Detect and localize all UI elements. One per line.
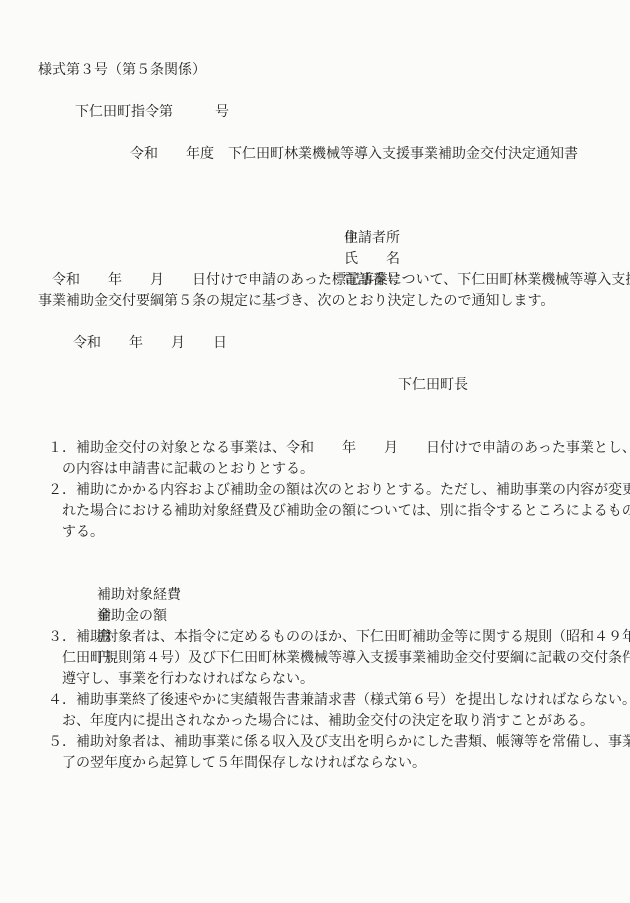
item-5-line-1: ５．補助対象者は、補助事業に係る収入及び支出を明らかにした書類、帳簿等を常備し、…: [38, 732, 592, 753]
item-1-line-2: の内容は申請書に記載のとおりとする。: [38, 459, 592, 480]
subsidy-decision-notice-document: 様式第３号（第５条関係） 下仁田町指令第 号 令和 年度 下仁田町林業機械等導入…: [0, 0, 630, 903]
decision-date-line: 令和 年 月 日: [38, 333, 592, 354]
document-title: 令和 年度 下仁田町林業機械等導入支援事業補助金交付決定通知書: [38, 144, 592, 165]
subsidy-amount-label: 補助金の額: [97, 606, 221, 627]
intro-line-1: 令和 年 月 日付けで申請のあった標記事業について、下仁田町林業機械等導入支援: [38, 270, 592, 291]
applicant-block: 住 所 申請者 氏 名 電話番号: [38, 186, 592, 249]
applicant-address-row: 住 所: [323, 186, 592, 207]
applicant-label: 申請者: [344, 228, 400, 249]
item-3-line-3: 遵守し、事業を行わなければならない。: [38, 669, 592, 690]
item-4-line-1: ４．補助事業終了後速やかに実績報告書兼請求書（様式第６号）を提出しなければならな…: [38, 690, 592, 711]
item-4-line-2: お、年度内に提出されなかった場合には、補助金交付の決定を取り消すことがある。: [38, 711, 592, 732]
mayor-signature-title: 下仁田町長: [38, 375, 592, 396]
item-5-line-2: 了の翌年度から起算して５年間保存しなければならない。: [38, 753, 592, 774]
item-2-line-1: ２．補助にかかる内容および補助金の額は次のとおりとする。ただし、補助事業の内容が…: [38, 480, 592, 501]
item-1-line-1: １．補助金交付の対象となる事業は、令和 年 月 日付けで申請のあった事業とし、そ: [38, 438, 592, 459]
item-3-line-1: ３．補助対象者は、本指令に定めるもののほか、下仁田町補助金等に関する規則（昭和４…: [38, 627, 592, 648]
amount-row-eligible-expense: 補助対象経費 金 円: [38, 564, 592, 585]
directive-number-line: 下仁田町指令第 号: [38, 102, 592, 123]
item-2-line-2: れた場合における補助対象経費及び補助金の額については、別に指令するところによるも…: [38, 501, 592, 522]
intro-line-2: 事業補助金交付要綱第５条の規定に基づき、次のとおり決定したので通知します。: [38, 291, 592, 312]
form-number-label: 様式第３号（第５条関係）: [38, 60, 592, 81]
item-3-line-2: 仁田町規則第４号）及び下仁田町林業機械等導入支援事業補助金交付要綱に記載の交付条…: [38, 648, 592, 669]
item-2-line-3: する。: [38, 522, 592, 543]
eligible-expense-label: 補助対象経費: [97, 585, 221, 606]
